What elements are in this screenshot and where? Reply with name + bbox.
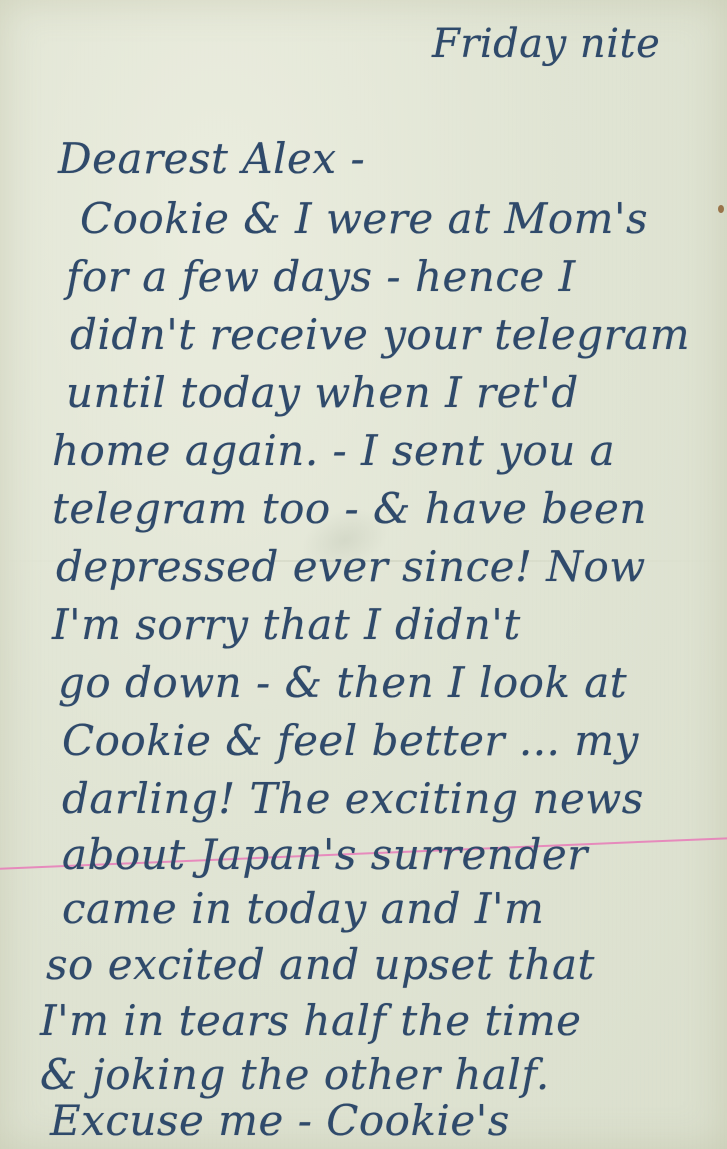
body-line: for a few days - hence I [66,256,576,298]
body-line: I'm sorry that I didn't [52,604,521,646]
paper-stain [718,205,724,213]
letter-page: Friday nite Dearest Alex - Cookie & I we… [0,0,727,1149]
body-line: so excited and upset that [46,944,595,986]
body-line: Cookie & I were at Mom's [80,198,648,240]
body-line: I'm in tears half the time [40,1000,581,1042]
date-line: Friday nite [432,24,660,64]
salutation: Dearest Alex - [58,138,365,180]
body-line: until today when I ret'd [66,372,579,414]
body-line: Excuse me - Cookie's [50,1100,510,1142]
body-line: home again. - I sent you a [52,430,615,472]
body-line: didn't receive your telegram [70,314,690,356]
body-line: & joking the other half. [40,1054,550,1096]
body-line: about Japan's surrender [62,834,588,876]
body-line: depressed ever since! Now [56,546,646,588]
body-line: telegram too - & have been [52,488,647,530]
body-line: came in today and I'm [62,888,544,930]
body-line: go down - & then I look at [58,662,627,704]
body-line: Cookie & feel better ... my [62,720,639,762]
body-line: darling! The exciting news [62,778,644,820]
